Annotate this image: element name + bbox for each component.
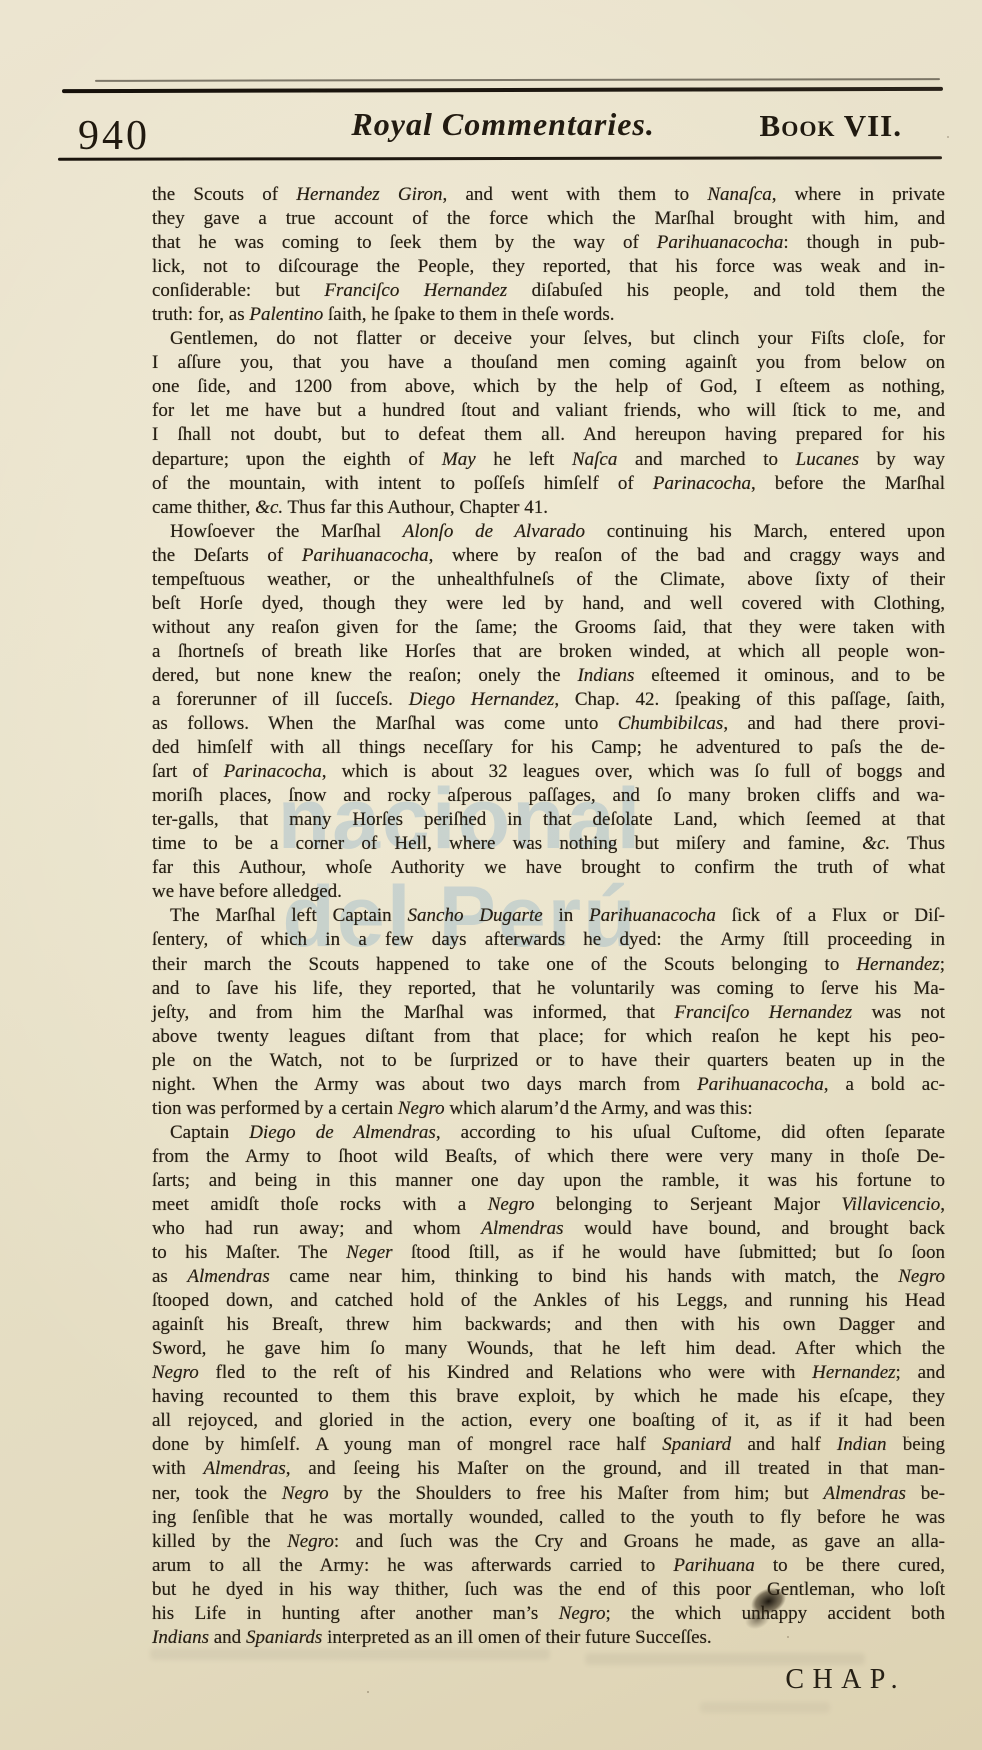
text-line: Captain Diego de Almendras, according to… xyxy=(152,1121,945,1145)
header-rule-top xyxy=(62,87,943,93)
text-line: as Almendras came near him, thinking to … xyxy=(152,1265,945,1289)
text-line: ſarts; and being in this manner one day … xyxy=(152,1169,945,1193)
header-rule-top-thin xyxy=(95,78,940,82)
book-label: Book VII. xyxy=(760,108,902,144)
text-line: ſentery, of which in a few days afterwar… xyxy=(152,928,945,952)
text-line: ple on the Watch, not to be ſurprized or… xyxy=(152,1049,945,1073)
text-line: of the mountain, with intent to poſſeſs … xyxy=(152,472,945,496)
paper-speckles xyxy=(246,455,250,459)
text-line: night. When the Army was about two days … xyxy=(152,1073,945,1097)
text-line: a forerunner of ill ſucceſs. Diego Herna… xyxy=(152,688,945,712)
text-line: departure; upon the eighth of May he lef… xyxy=(152,448,945,472)
text-line: tion was performed by a certain Negro wh… xyxy=(152,1097,945,1121)
text-line: moriſh places, ſnow and rocky aſperous p… xyxy=(152,784,945,808)
catchword: CHAP. xyxy=(785,1664,906,1696)
text-line: ter-galls, that many Horſes periſhed in … xyxy=(152,808,945,832)
page-text: the Scouts of Hernandez Giron, and went … xyxy=(152,183,945,1650)
text-line: tempeſtuous weather, or the unhealthfuln… xyxy=(152,568,945,592)
paragraph: Gentlemen, do not flatter or deceive you… xyxy=(152,327,945,519)
paragraph: Howſoever the Marſhal Alonſo de Alvarado… xyxy=(152,520,945,905)
text-line: above twenty leagues diſtant from that p… xyxy=(152,1025,945,1049)
text-line: but he dyed in his way thither, ſuch was… xyxy=(152,1578,945,1602)
text-line: with Almendras, and ſeeing his Maſter on… xyxy=(152,1457,945,1481)
text-line: I ſhall not doubt, but to defeat them al… xyxy=(152,423,945,447)
text-line: ſtooped down, and catched hold of the An… xyxy=(152,1289,945,1313)
text-line: ner, took the Negro by the Shoulders to … xyxy=(152,1482,945,1506)
text-line: ded himſelf with all things neceſſary fo… xyxy=(152,736,945,760)
text-line: Sword, he gave him ſo many Wounds, that … xyxy=(152,1337,945,1361)
text-line: for let me have but a hundred ſtout and … xyxy=(152,399,945,423)
text-line: all rejoyced, and gloried in the action,… xyxy=(152,1409,945,1433)
text-line: a ſhortneſs of breath like Horſes that a… xyxy=(152,640,945,664)
text-line: Negro fled to the reſt of his Kindred an… xyxy=(152,1361,945,1385)
text-line: they gave a true account of the force wh… xyxy=(152,207,945,231)
text-line: Gentlemen, do not flatter or deceive you… xyxy=(152,327,945,351)
text-line: Howſoever the Marſhal Alonſo de Alvarado… xyxy=(152,520,945,544)
show-through-smudge xyxy=(150,1648,550,1660)
text-line: from the Army to ſhoot wild Beaſts, of w… xyxy=(152,1145,945,1169)
text-line: that he was coming to ſeek them by the w… xyxy=(152,231,945,255)
text-line: to his Maſter. The Neger ſtood ſtill, as… xyxy=(152,1241,945,1265)
text-line: time to be a corner of Hell, where was n… xyxy=(152,832,945,856)
text-line: The Marſhal left Captain Sancho Dugarte … xyxy=(152,904,945,928)
paragraph: The Marſhal left Captain Sancho Dugarte … xyxy=(152,904,945,1120)
text-line: conſiderable: but Franciſco Hernandez di… xyxy=(152,279,945,303)
text-line: jeſty, and from him the Marſhal was info… xyxy=(152,1001,945,1025)
text-line: killed by the Negro: and ſuch was the Cr… xyxy=(152,1530,945,1554)
text-line: truth: for, as Palentino ſaith, he ſpake… xyxy=(152,303,945,327)
text-line: his Life in hunting after another man’s … xyxy=(152,1602,945,1626)
text-line: I aſſure you, that you have a thouſand m… xyxy=(152,351,945,375)
paragraph: Captain Diego de Almendras, according to… xyxy=(152,1121,945,1650)
text-line: who had run away; and whom Almendras wou… xyxy=(152,1217,945,1241)
text-line: we have before alledged. xyxy=(152,880,945,904)
text-line: having recounted to them this brave expl… xyxy=(152,1385,945,1409)
text-line: without any reaſon given for the ſame; t… xyxy=(152,616,945,640)
text-line: one ſide, and 1200 from above, which by … xyxy=(152,375,945,399)
text-line: the Scouts of Hernandez Giron, and went … xyxy=(152,183,945,207)
text-line: arum to all the Army: he was afterwards … xyxy=(152,1554,945,1578)
text-line: came thither, &c. Thus far this Authour,… xyxy=(152,496,945,520)
text-line: as follows. When the Marſhal was come un… xyxy=(152,712,945,736)
book-page: nacional del Perú 940 Royal Commentaries… xyxy=(0,0,982,1750)
text-line: the Deſarts of Parihuanacocha, where by … xyxy=(152,544,945,568)
running-title: Royal Commentaries. xyxy=(351,106,654,143)
page-number: 940 xyxy=(78,112,150,160)
text-line: far this Authour, whoſe Authority we hav… xyxy=(152,856,945,880)
text-line: meet amidſt thoſe rocks with a Negro bel… xyxy=(152,1193,945,1217)
text-line: beſt Horſe dyed, though they were led by… xyxy=(152,592,945,616)
text-line: done by himſelf. A young man of mongrel … xyxy=(152,1433,945,1457)
text-line: lick, not to diſcourage the People, they… xyxy=(152,255,945,279)
text-line: ing ſenſible that he was mortally wounde… xyxy=(152,1506,945,1530)
text-line: dered, but none knew the reaſon; onely t… xyxy=(152,664,945,688)
show-through-smudge xyxy=(700,1702,830,1713)
text-line: againſt his Breaſt, threw him backwards;… xyxy=(152,1313,945,1337)
header-rule-bottom xyxy=(58,156,942,161)
text-line: Indians and Spaniards interpreted as an … xyxy=(152,1626,945,1650)
paragraph: the Scouts of Hernandez Giron, and went … xyxy=(152,183,945,327)
text-line: ſart of Parinacocha, which is about 32 l… xyxy=(152,760,945,784)
text-line: their march the Scouts happened to take … xyxy=(152,953,945,977)
text-line: and to ſave his life, they reported, tha… xyxy=(152,977,945,1001)
